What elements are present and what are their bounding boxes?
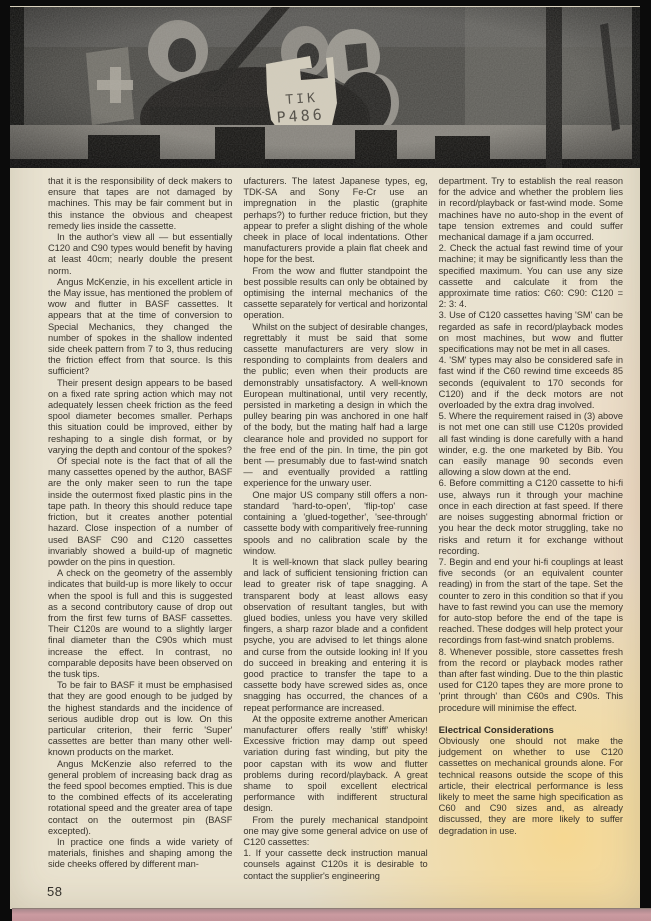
paragraph: In practice one finds a wide variety of …	[48, 837, 232, 871]
paragraph: Obviously one should not make the judgem…	[439, 736, 623, 837]
paragraph: In the author's view all — but essential…	[48, 232, 232, 277]
paragraph: Angus McKenzie also referred to the gene…	[48, 759, 232, 837]
paragraph: It is well-known that slack pulley beari…	[243, 557, 427, 714]
paragraph: A check on the geometry of the assembly …	[48, 568, 232, 680]
numbered-item-5: 5. Where the requirement raised in (3) a…	[439, 411, 623, 478]
numbered-item-6: 6. Before committing a C120 cassette to …	[439, 478, 623, 556]
cassette-mechanism-photo-art: TIK P486	[10, 7, 640, 168]
numbered-item-8: 8. Whenever possible, store cassettes fr…	[439, 647, 623, 714]
paragraph: ufacturers. The latest Japanese types, e…	[243, 176, 427, 266]
paragraph: that it is the responsibility of deck ma…	[48, 176, 232, 232]
paragraph: Of special note is the fact that of all …	[48, 456, 232, 568]
column-middle: ufacturers. The latest Japanese types, e…	[243, 176, 427, 882]
scan-bottom-pink-strip	[12, 908, 651, 921]
numbered-item-3: 3. Use of C120 cassettes having 'SM' can…	[439, 310, 623, 355]
page-number: 58	[47, 884, 62, 899]
paragraph: Whilst on the subject of desirable chang…	[243, 322, 427, 490]
paragraph: One major US company still offers a non-…	[243, 490, 427, 557]
column-right: department. Try to establish the real re…	[439, 176, 623, 882]
numbered-item-4: 4. 'SM' types may also be considered saf…	[439, 355, 623, 411]
numbered-item-7: 7. Begin and end your hi-fi couplings at…	[439, 557, 623, 647]
paragraph: To be fair to BASF it must be emphasised…	[48, 680, 232, 758]
paragraph: Their present design appears to be based…	[48, 378, 232, 456]
article-body: that it is the responsibility of deck ma…	[48, 176, 623, 882]
numbered-item-2: 2. Check the actual fast rewind time of …	[439, 243, 623, 310]
paragraph: From the wow and flutter standpoint the …	[243, 266, 427, 322]
paragraph: Angus McKenzie, in his excellent article…	[48, 277, 232, 378]
numbered-item-1: 1. If your cassette deck instruction man…	[243, 848, 427, 882]
cassette-mechanism-photo: TIK P486	[10, 7, 640, 168]
column-left: that it is the responsibility of deck ma…	[48, 176, 232, 882]
paragraph: At the opposite extreme another American…	[243, 714, 427, 815]
section-heading-electrical-considerations: Electrical Considerations	[439, 725, 623, 736]
paragraph: department. Try to establish the real re…	[439, 176, 623, 243]
paragraph: From the purely mechanical standpoint on…	[243, 815, 427, 849]
